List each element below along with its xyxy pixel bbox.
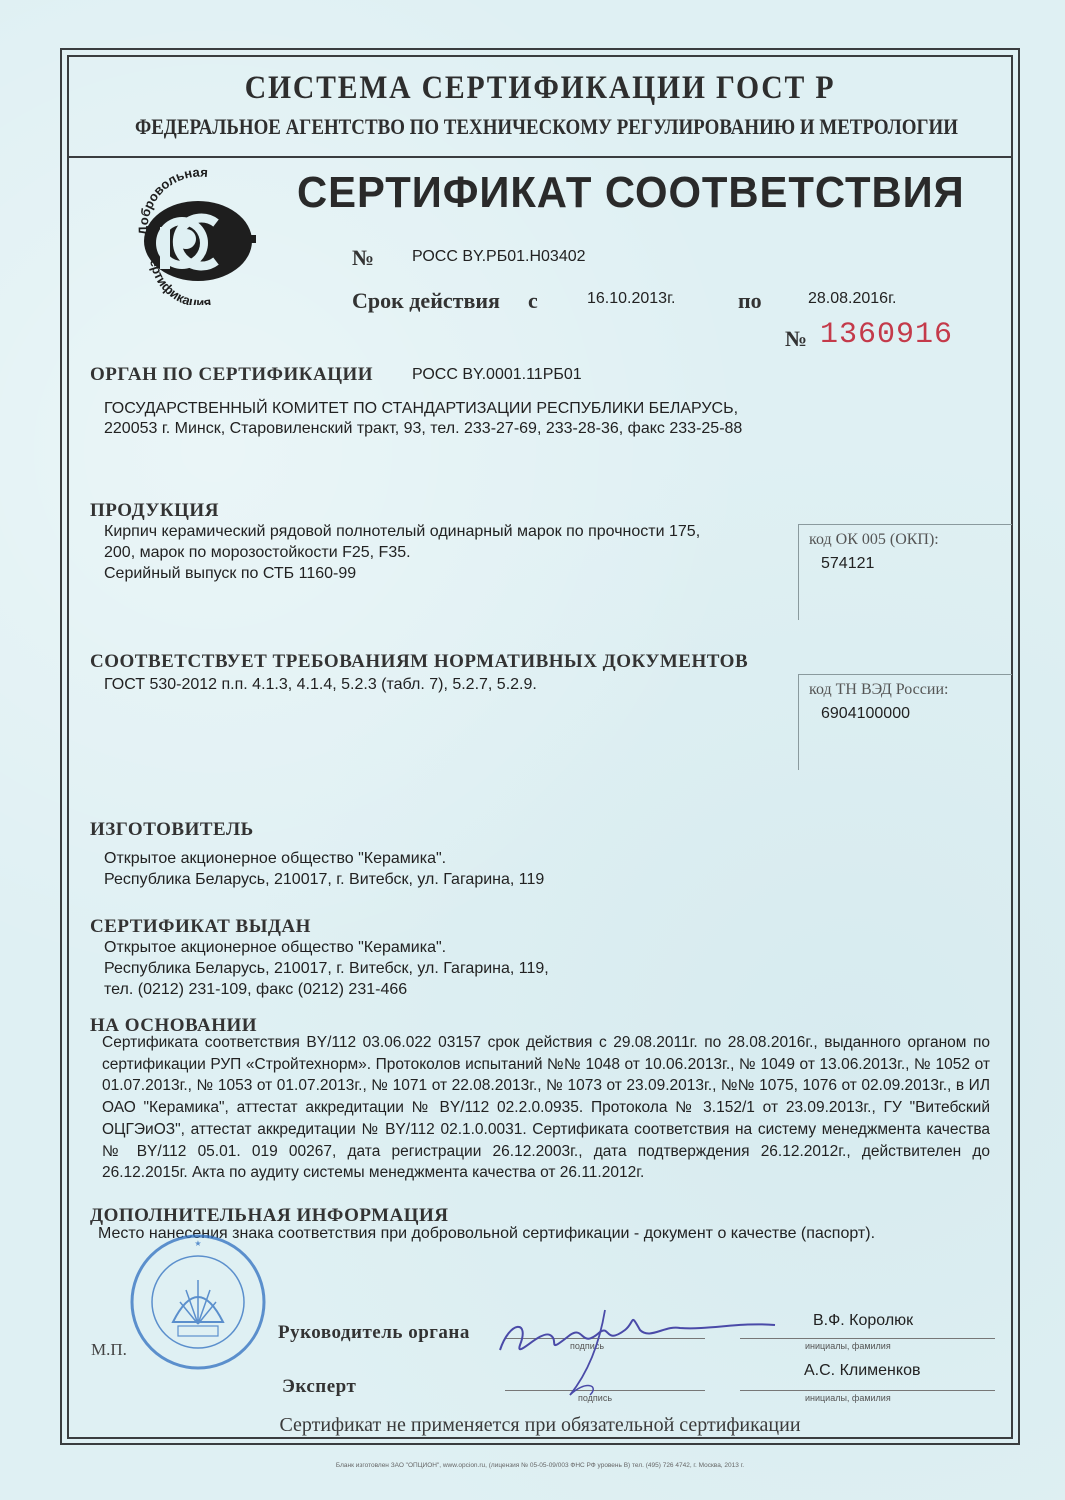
handwritten-signature-icon (490, 1300, 790, 1400)
product-heading: ПРОДУКЦИЯ (90, 500, 219, 522)
tnved-label: код ТН ВЭД России: (809, 681, 1012, 699)
svg-text:★: ★ (194, 1239, 201, 1248)
header-divider (69, 156, 1011, 158)
expert-name: А.С. Клименков (804, 1360, 920, 1381)
head-label: Руководитель органа (278, 1322, 470, 1344)
okp-code: 574121 (821, 555, 1012, 573)
product-line-3: Серийный выпуск по СТБ 1160-99 (104, 563, 356, 584)
head-name-caption: инициалы, фамилия (805, 1341, 891, 1351)
rst-logo-icon: Добровольная сертификация (130, 165, 270, 305)
expert-name-caption: инициалы, фамилия (805, 1393, 891, 1403)
validity-label: Срок действия (352, 288, 500, 314)
issued-to-line-3: тел. (0212) 231-109, факс (0212) 231-466 (104, 979, 407, 1000)
valid-from-date: 16.10.2013г. (587, 290, 675, 308)
issued-to-line-1: Открытое акционерное общество "Керамика"… (104, 937, 446, 958)
state-seal-stamp-icon: ★ (128, 1232, 268, 1372)
compliance-heading: СООТВЕТСТВУЕТ ТРЕБОВАНИЯМ НОРМАТИВНЫХ ДО… (90, 651, 748, 673)
head-name: В.Ф. Королюк (813, 1310, 913, 1331)
tnved-code: 6904100000 (821, 705, 1012, 723)
certification-body-name: ГОСУДАРСТВЕННЫЙ КОМИТЕТ ПО СТАНДАРТИЗАЦИ… (104, 398, 738, 419)
printer-imprint: Бланк изготовлен ЗАО "ОПЦИОН", www.opcio… (69, 1462, 1011, 1469)
number-label: № (352, 245, 374, 271)
manufacturer-line-1: Открытое акционерное общество "Керамика"… (104, 848, 446, 869)
agency-title: ФЕДЕРАЛЬНОЕ АГЕНТСТВО ПО ТЕХНИЧЕСКОМУ РЕ… (135, 114, 945, 140)
footer-note: Сертификат не применяется при обязательн… (69, 1414, 1011, 1437)
manufacturer-heading: ИЗГОТОВИТЕЛЬ (90, 819, 254, 841)
certification-body-heading: ОРГАН ПО СЕРТИФИКАЦИИ (90, 364, 373, 386)
expert-label: Эксперт (282, 1376, 356, 1398)
okp-code-box: код ОК 005 (ОКП): 574121 (798, 524, 1012, 620)
certificate-number: РОСС BY.РБ01.Н03402 (412, 248, 586, 266)
certificate-title: СЕРТИФИКАТ СООТВЕТСТВИЯ (297, 168, 965, 218)
system-title: СИСТЕМА СЕРТИФИКАЦИИ ГОСТ Р (116, 70, 964, 107)
issued-to-line-2: Республика Беларусь, 210017, г. Витебск,… (104, 958, 549, 979)
certification-body-code: РОСС BY.0001.11РБ01 (412, 366, 582, 384)
validity-to-label: по (738, 288, 762, 314)
form-number-label: № (785, 326, 807, 352)
product-line-1: Кирпич керамический рядовой полнотелый о… (104, 521, 700, 542)
product-line-2: 200, марок по морозостойкости F25, F35. (104, 542, 411, 563)
issued-to-heading: СЕРТИФИКАТ ВЫДАН (90, 916, 311, 938)
compliance-text: ГОСТ 530-2012 п.п. 4.1.3, 4.1.4, 5.2.3 (… (104, 674, 537, 695)
manufacturer-line-2: Республика Беларусь, 210017, г. Витебск,… (104, 869, 544, 890)
stamp-label: М.П. (91, 1340, 127, 1360)
valid-to-date: 28.08.2016г. (808, 290, 896, 308)
okp-label: код ОК 005 (ОКП): (809, 531, 1012, 549)
basis-text: Сертификата соответствия BY/112 03.06.02… (102, 1032, 990, 1184)
form-number: 1360916 (820, 318, 953, 352)
certification-body-address: 220053 г. Минск, Старовиленский тракт, 9… (104, 418, 742, 439)
tnved-code-box: код ТН ВЭД России: 6904100000 (798, 674, 1012, 770)
validity-from-label: с (528, 288, 538, 314)
